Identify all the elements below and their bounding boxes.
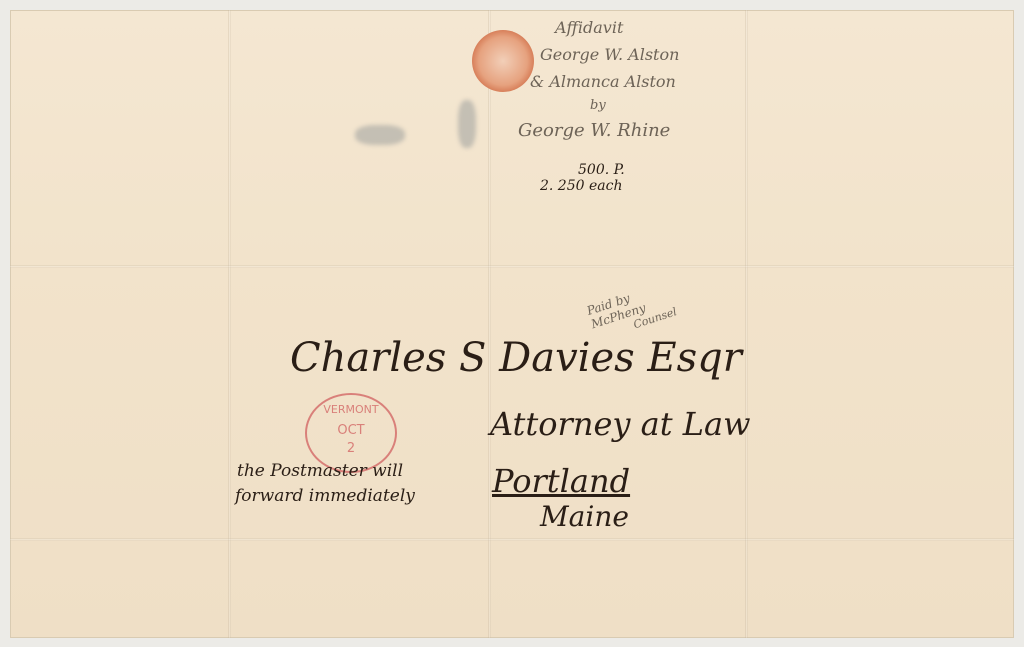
- docket-line: George W. Alston: [540, 45, 679, 64]
- docket-line: by: [590, 98, 606, 113]
- notation-line: 500. P.: [578, 162, 625, 178]
- fold-line: [488, 10, 491, 638]
- instruction-line: forward immediately: [235, 486, 415, 506]
- notation-line: 2. 250 each: [540, 178, 622, 194]
- postmark-month: OCT: [307, 423, 395, 438]
- ink-stain: [355, 125, 405, 145]
- docket-line: & Almanca Alston: [530, 72, 676, 91]
- docket-line: George W. Rhine: [518, 120, 670, 141]
- fold-line: [10, 265, 1014, 268]
- postmark-place: VERMONT: [307, 403, 395, 416]
- fold-line: [10, 538, 1014, 541]
- recipient-city: Portland: [492, 462, 630, 500]
- postmark-day: 2: [307, 441, 395, 456]
- recipient-title: Attorney at Law: [490, 405, 750, 443]
- letter-paper: [10, 10, 1014, 638]
- ink-stain: [458, 100, 476, 148]
- fold-line: [228, 10, 231, 638]
- fold-line: [745, 10, 748, 638]
- recipient-name: Charles S Davies Esqr: [290, 335, 742, 381]
- instruction-line: the Postmaster will: [237, 461, 403, 481]
- recipient-state: Maine: [540, 500, 629, 533]
- docket-line: Affidavit: [555, 18, 623, 37]
- wax-seal: [472, 30, 534, 92]
